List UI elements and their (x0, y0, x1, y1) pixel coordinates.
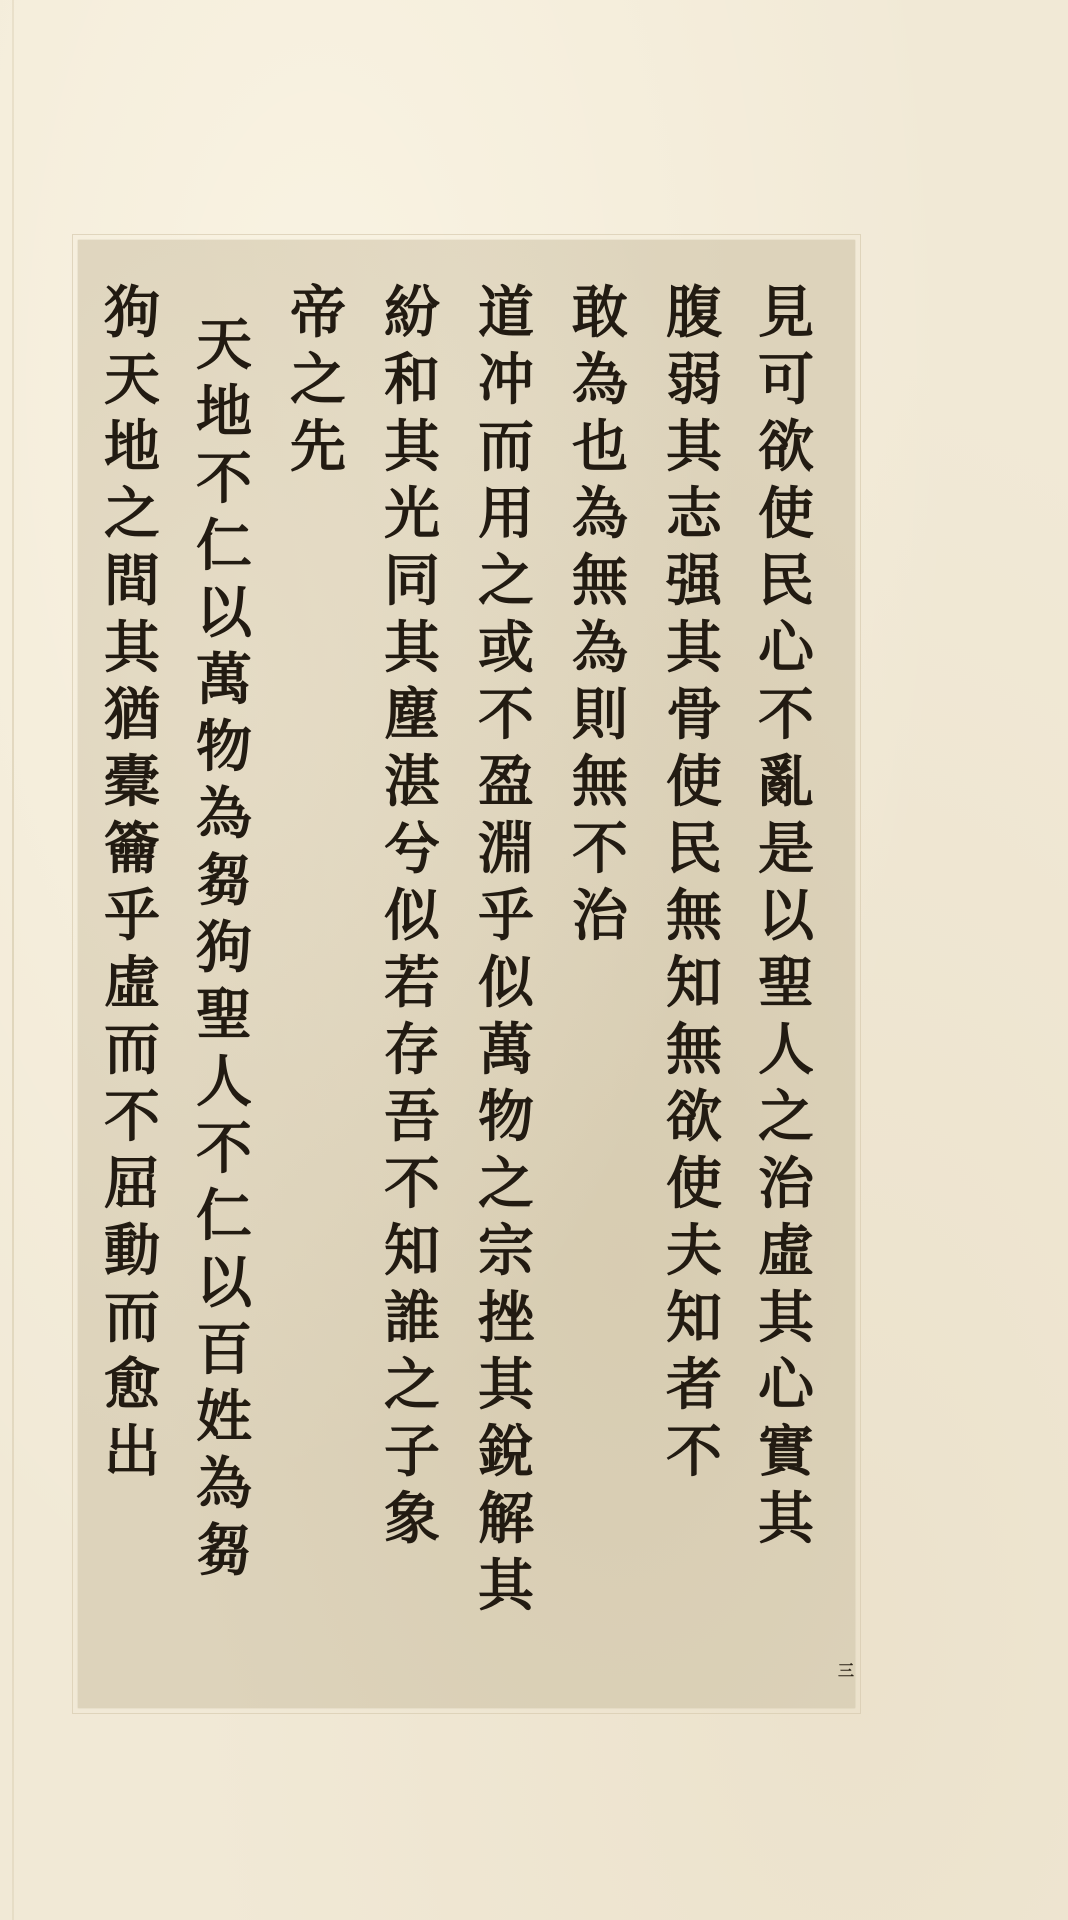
character: 和 (370, 347, 454, 414)
character: 百 (182, 1317, 266, 1384)
character: 不 (370, 1151, 454, 1218)
character: 似 (370, 883, 454, 950)
text-column-3: 敢 為 也 為 無 為 則 無 不 治 (558, 280, 642, 950)
character: 聖 (182, 982, 266, 1049)
character: 以 (182, 1250, 266, 1317)
character: 之 (90, 481, 174, 548)
character: 橐 (90, 749, 174, 816)
character: 似 (464, 950, 548, 1017)
character: 出 (90, 1419, 174, 1486)
character: 子 (370, 1419, 454, 1486)
character: 誰 (370, 1285, 454, 1352)
character: 志 (652, 481, 736, 548)
character: 聖 (744, 950, 828, 1017)
character: 仁 (182, 1183, 266, 1250)
character: 欲 (652, 1084, 736, 1151)
character: 而 (90, 1285, 174, 1352)
character: 人 (744, 1017, 828, 1084)
character: 不 (652, 1419, 736, 1486)
character: 無 (558, 548, 642, 615)
character: 治 (558, 883, 642, 950)
character: 其 (370, 414, 454, 481)
character: 之 (370, 1352, 454, 1419)
character: 之 (276, 347, 360, 414)
character: 見 (744, 280, 828, 347)
character: 無 (558, 749, 642, 816)
character: 不 (90, 1084, 174, 1151)
character: 弱 (652, 347, 736, 414)
character: 不 (744, 682, 828, 749)
character: 其 (652, 615, 736, 682)
text-column-5: 紛 和 其 光 同 其 塵 湛 兮 似 若 存 吾 不 知 誰 之 子 象 (370, 280, 454, 1553)
character: 民 (744, 548, 828, 615)
character: 萬 (464, 1017, 548, 1084)
character: 而 (90, 1017, 174, 1084)
character: 若 (370, 950, 454, 1017)
character: 挫 (464, 1285, 548, 1352)
character: 姓 (182, 1384, 266, 1451)
character: 之 (744, 1084, 828, 1151)
character: 猶 (90, 682, 174, 749)
text-column-4: 道 冲 而 用 之 或 不 盈 淵 乎 似 萬 物 之 宗 挫 其 銳 解 其 (464, 280, 548, 1620)
character: 冲 (464, 347, 548, 414)
character: 無 (652, 883, 736, 950)
character: 之 (464, 1151, 548, 1218)
text-column-1: 見 可 欲 使 民 心 不 亂 是 以 聖 人 之 治 虛 其 心 實 其 (744, 280, 828, 1553)
character: 天 (182, 312, 266, 379)
character: 為 (558, 615, 642, 682)
character: 腹 (652, 280, 736, 347)
character: 為 (558, 481, 642, 548)
character: 地 (90, 414, 174, 481)
character: 其 (370, 615, 454, 682)
character: 盈 (464, 749, 548, 816)
character: 乎 (90, 883, 174, 950)
character: 欲 (744, 414, 828, 481)
character: 者 (652, 1352, 736, 1419)
character: 塵 (370, 682, 454, 749)
character: 使 (744, 481, 828, 548)
character: 銳 (464, 1419, 548, 1486)
character: 存 (370, 1017, 454, 1084)
character: 人 (182, 1049, 266, 1116)
character: 為 (558, 347, 642, 414)
character: 物 (464, 1084, 548, 1151)
text-column-7: 天 地 不 仁 以 萬 物 為 芻 狗 聖 人 不 仁 以 百 姓 為 芻 (182, 312, 266, 1585)
character: 湛 (370, 749, 454, 816)
text-column-2: 腹 弱 其 志 强 其 骨 使 民 無 知 無 欲 使 夫 知 者 不 (652, 280, 736, 1486)
character: 愈 (90, 1352, 174, 1419)
character: 狗 (182, 915, 266, 982)
character: 道 (464, 280, 548, 347)
character: 仁 (182, 513, 266, 580)
character: 可 (744, 347, 828, 414)
character: 敢 (558, 280, 642, 347)
character: 不 (182, 1116, 266, 1183)
character: 知 (652, 1285, 736, 1352)
character: 宗 (464, 1218, 548, 1285)
character: 虛 (90, 950, 174, 1017)
character: 其 (90, 615, 174, 682)
character: 乎 (464, 883, 548, 950)
character: 虛 (744, 1218, 828, 1285)
character: 為 (182, 781, 266, 848)
character: 兮 (370, 816, 454, 883)
character: 也 (558, 414, 642, 481)
character: 其 (464, 1352, 548, 1419)
character: 先 (276, 414, 360, 481)
character: 芻 (182, 848, 266, 915)
character: 動 (90, 1218, 174, 1285)
character: 强 (652, 548, 736, 615)
character: 狗 (90, 280, 174, 347)
character: 用 (464, 481, 548, 548)
character: 吾 (370, 1084, 454, 1151)
character: 無 (652, 1017, 736, 1084)
character: 知 (370, 1218, 454, 1285)
character: 骨 (652, 682, 736, 749)
character: 或 (464, 615, 548, 682)
character: 為 (182, 1451, 266, 1518)
character: 屈 (90, 1151, 174, 1218)
character: 紛 (370, 280, 454, 347)
character: 芻 (182, 1518, 266, 1585)
character: 心 (744, 615, 828, 682)
text-column-6: 帝 之 先 (276, 280, 360, 481)
character: 地 (182, 379, 266, 446)
character: 象 (370, 1486, 454, 1553)
text-column-8: 狗 天 地 之 間 其 猶 橐 籥 乎 虛 而 不 屈 動 而 愈 出 (90, 280, 174, 1486)
character: 不 (558, 816, 642, 883)
character: 實 (744, 1419, 828, 1486)
character: 使 (652, 749, 736, 816)
character: 天 (90, 347, 174, 414)
calligraphy-paper-panel: 見 可 欲 使 民 心 不 亂 是 以 聖 人 之 治 虛 其 心 實 其 腹 … (78, 240, 855, 1708)
character: 則 (558, 682, 642, 749)
character: 知 (652, 950, 736, 1017)
character: 心 (744, 1352, 828, 1419)
character: 使 (652, 1151, 736, 1218)
character: 治 (744, 1151, 828, 1218)
character: 不 (182, 446, 266, 513)
character: 間 (90, 548, 174, 615)
character: 而 (464, 414, 548, 481)
character: 解 (464, 1486, 548, 1553)
character: 籥 (90, 816, 174, 883)
character: 帝 (276, 280, 360, 347)
page-number-marker: 三 (838, 1658, 854, 1681)
character: 不 (464, 682, 548, 749)
character: 光 (370, 481, 454, 548)
character: 以 (744, 883, 828, 950)
mount-fold-line (12, 0, 14, 1920)
character: 萬 (182, 647, 266, 714)
character: 其 (464, 1553, 548, 1620)
character: 同 (370, 548, 454, 615)
character: 其 (652, 414, 736, 481)
character: 以 (182, 580, 266, 647)
character: 亂 (744, 749, 828, 816)
character: 是 (744, 816, 828, 883)
character: 其 (744, 1486, 828, 1553)
character: 淵 (464, 816, 548, 883)
character: 民 (652, 816, 736, 883)
character: 之 (464, 548, 548, 615)
character: 夫 (652, 1218, 736, 1285)
character: 物 (182, 714, 266, 781)
character: 其 (744, 1285, 828, 1352)
